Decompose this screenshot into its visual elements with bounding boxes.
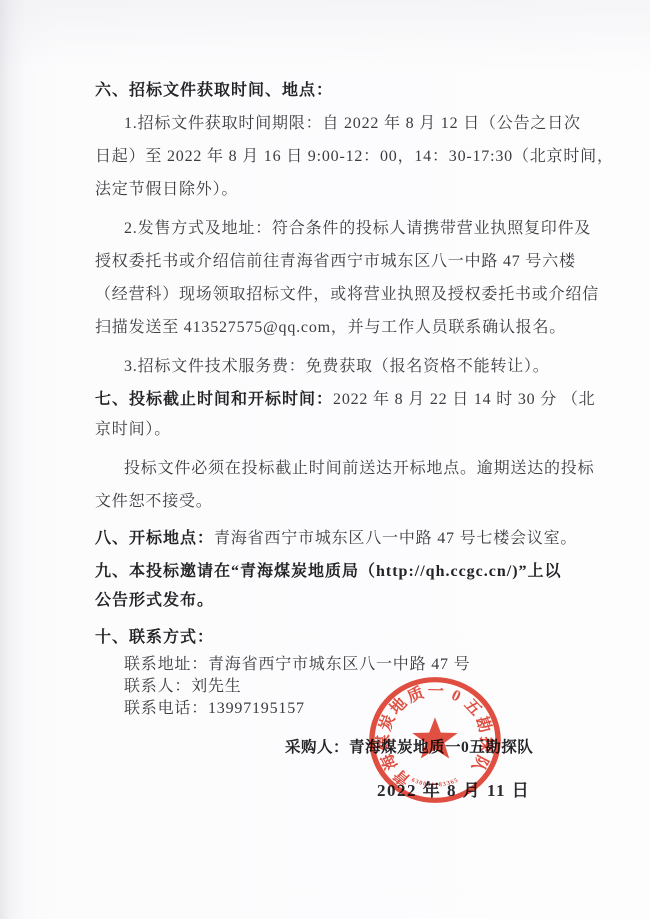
contact-address: 联系地址：青海省西宁市城东区八一中路 47 号: [95, 654, 615, 676]
section6-para2-line1: 2.发售方式及地址：符合条件的投标人请携带营业执照复印件及: [95, 212, 615, 245]
section8-heading: 八、开标地点：: [95, 530, 214, 547]
section7-para-line1: 投标文件必须在投标截止时间前送达开标地点。逾期送达的投标: [95, 452, 615, 485]
section6-para1-line3: 法定节假日除外）。: [95, 173, 615, 206]
section6-para2-line2: 授权委托书或介绍信前往青海省西宁市城东区八一中路 47 号六楼: [95, 245, 615, 278]
section6-para1-line2: 日起）至 2022 年 8 月 16 日 9:00-12：00，14：30-17…: [95, 140, 615, 173]
section9-line1: 九、本投标邀请在“青海煤炭地质局（http://qh.ccgc.cn/)”上以: [95, 555, 615, 588]
section7-datetime: 2022 年 8 月 22 日 14 时 30 分 （北: [333, 391, 595, 408]
section8-venue: 青海省西宁市城东区八一中路 47 号七楼会议室。: [214, 530, 577, 547]
scanned-document-page: 六、招标文件获取时间、地点： 1.招标文件获取时间期限：自 2022 年 8 月…: [0, 0, 650, 919]
section10-heading: 十、联系方式：: [95, 621, 615, 654]
section6-para2-line3: （经营科）现场领取招标文件，或将营业执照及授权委托书或介绍信: [95, 278, 615, 311]
section6-heading: 六、招标文件获取时间、地点：: [95, 74, 615, 107]
document-body: 六、招标文件获取时间、地点： 1.招标文件获取时间期限：自 2022 年 8 月…: [95, 74, 615, 803]
signature-date: 2022 年 8 月 11 日: [377, 779, 615, 803]
section7-heading-line: 七、投标截止时间和开标时间：2022 年 8 月 22 日 14 时 30 分 …: [95, 383, 615, 416]
section6-para2-line4: 扫描发送至 413527575@qq.com，并与工作人员联系确认报名。: [95, 311, 615, 344]
section7-para-line2: 文件恕不接受。: [95, 485, 615, 518]
section7-heading: 七、投标截止时间和开标时间：: [95, 391, 333, 408]
contact-person: 联系人：刘先生: [95, 676, 615, 698]
contact-phone: 联系电话：13997195157: [95, 698, 615, 720]
section8-line: 八、开标地点：青海省西宁市城东区八一中路 47 号七楼会议室。: [95, 522, 615, 555]
section6-para3: 3.招标文件技术服务费：免费获取（报名资格不能转让）。: [95, 350, 615, 383]
section6-para1-line1: 1.招标文件获取时间期限：自 2022 年 8 月 12 日（公告之日次: [95, 107, 615, 140]
purchaser-line: 采购人：青海煤炭地质一0五勘探队: [285, 736, 615, 760]
section7-datetime-cont: 京时间）。: [95, 416, 615, 444]
section9-line2: 公告形式发布。: [95, 588, 615, 613]
